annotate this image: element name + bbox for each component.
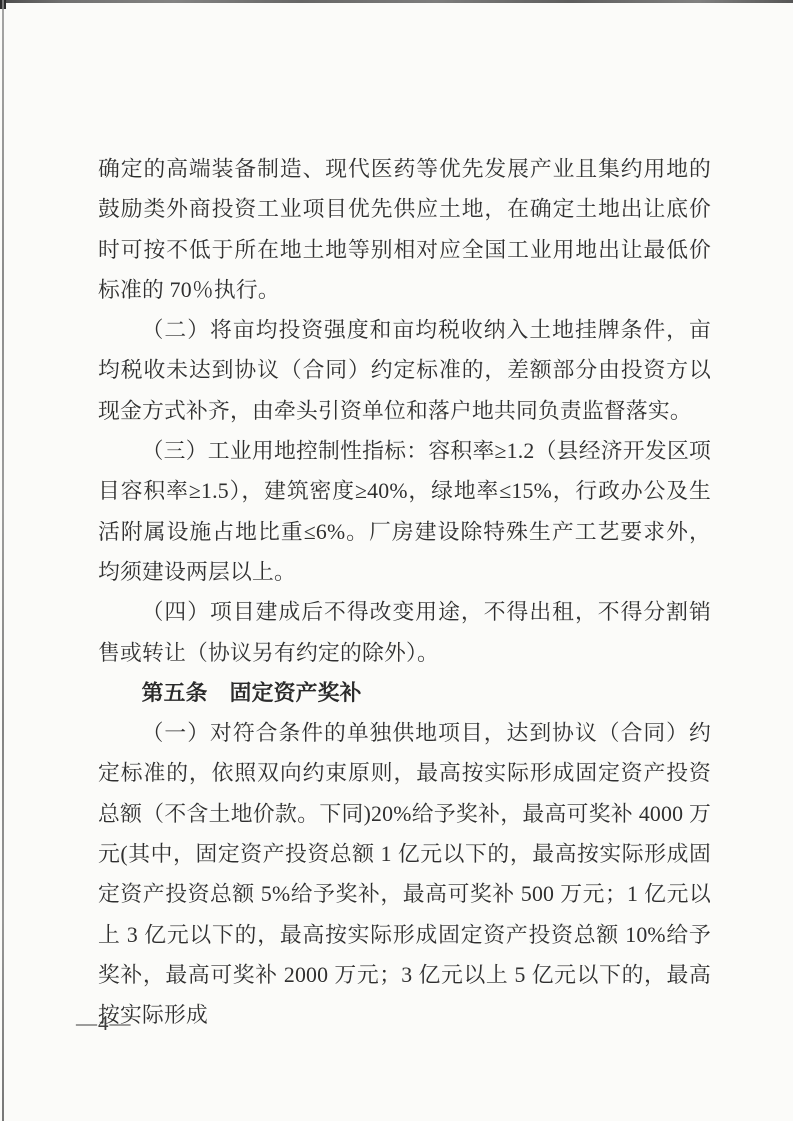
body-paragraph: （四）项目建成后不得改变用途，不得出租，不得分割销售或转让（协议另有约定的除外）… [98,592,711,673]
scanned-document-page: 确定的高端装备制造、现代医药等优先发展产业且集约用地的鼓励类外商投资工业项目优先… [0,0,793,1121]
document-text-block: 确定的高端装备制造、现代医药等优先发展产业且集约用地的鼓励类外商投资工业项目优先… [98,149,711,1036]
scanner-left-edge-artifact [2,0,4,1121]
section-heading: 第五条 固定资产奖补 [98,673,711,713]
scanner-top-edge-artifact [0,0,793,3]
body-paragraph: （三）工业用地控制性指标：容积率≥1.2（县经济开发区项目容积率≥1.5），建筑… [98,431,711,592]
body-paragraph: （一）对符合条件的单独供地项目，达到协议（合同）约定标准的，依照双向约束原则，最… [98,713,711,1035]
body-paragraph: 确定的高端装备制造、现代医药等优先发展产业且集约用地的鼓励类外商投资工业项目优先… [98,149,711,310]
body-paragraph: （二）将亩均投资强度和亩均税收纳入土地挂牌条件，亩均税收未达到协议（合同）约定标… [98,310,711,431]
page-number: —4— [76,1010,132,1036]
